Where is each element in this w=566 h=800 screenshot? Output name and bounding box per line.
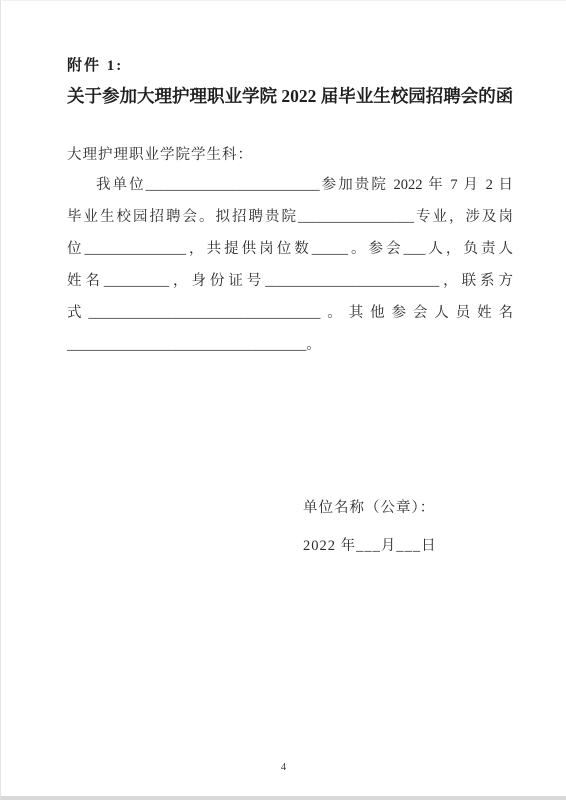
page-number: 4	[1, 762, 566, 773]
paragraph-line: 我单位________________________参加贵院 2022 年 7…	[67, 169, 513, 201]
salutation-line: 大理护理职业学院学生科：	[67, 143, 253, 164]
attachment-label: 附件 1:	[67, 54, 123, 75]
body-paragraph: 我单位________________________参加贵院 2022 年 7…	[67, 169, 513, 361]
paragraph-line: 毕业生校园招聘会。拟招聘贵院________________专业，涉及岗	[67, 201, 513, 233]
signature-unit-label: 单位名称（公章）：	[303, 489, 437, 527]
signature-date-line: 2022 年___月___日	[303, 527, 437, 565]
paragraph-line: 姓名_________，身份证号________________________…	[67, 265, 513, 297]
document-title: 关于参加大理护理职业学院 2022 届毕业生校园招聘会的函	[67, 83, 513, 108]
document-page: 附件 1: 关于参加大理护理职业学院 2022 届毕业生校园招聘会的函 大理护理…	[0, 0, 566, 800]
paragraph-line: 式________________________________。其他参会人员…	[67, 297, 513, 329]
paragraph-line: 位______________，共提供岗位数_____。参会___人，负责人	[67, 233, 513, 265]
signature-block: 单位名称（公章）： 2022 年___月___日	[303, 489, 437, 565]
paragraph-line: _________________________________。	[67, 329, 513, 361]
